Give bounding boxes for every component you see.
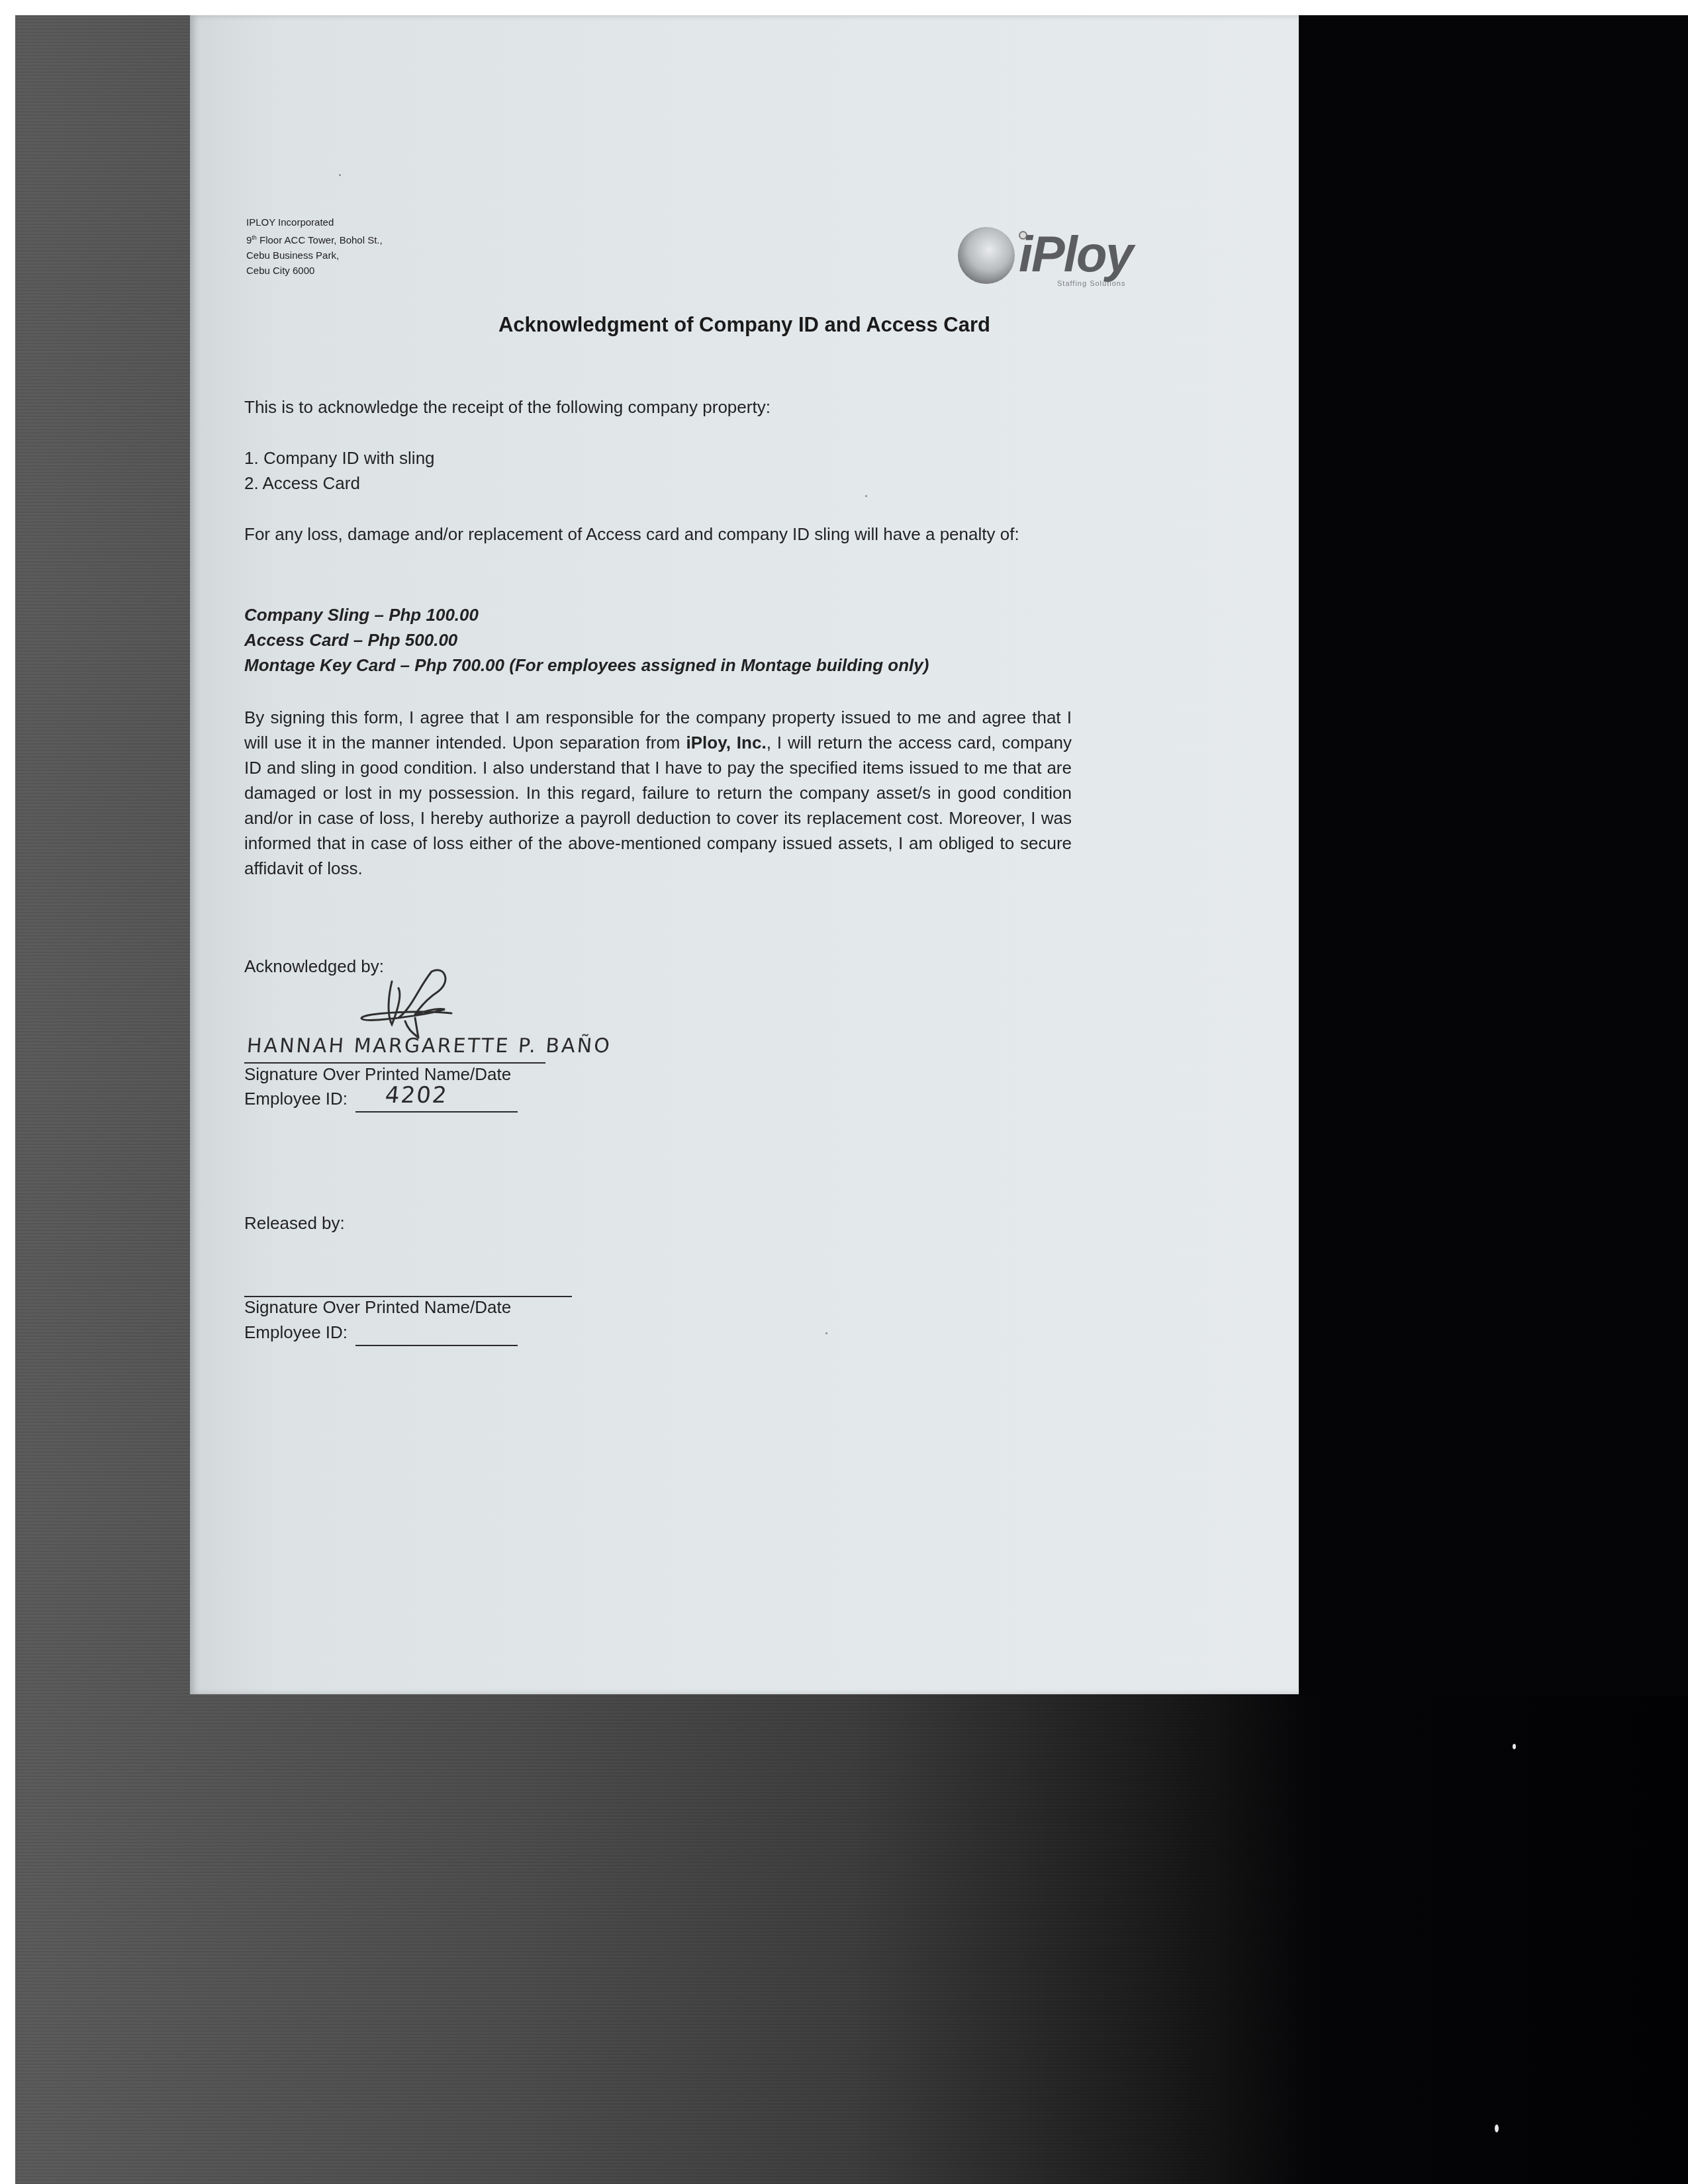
logo-wordmark: iPloy (1019, 226, 1133, 283)
list-item: 2. Access Card (244, 471, 1072, 496)
address-line: IPLOY Incorporated (246, 215, 383, 230)
employee-id-label: Employee ID: (244, 1322, 348, 1343)
address-line: 9th Floor ACC Tower, Bohol St., (246, 230, 383, 248)
penalty-paragraph: For any loss, damage and/or replacement … (244, 522, 1072, 547)
employee-id-label: Employee ID: (244, 1089, 348, 1109)
address-line: Cebu City 6000 (246, 263, 383, 279)
property-list: 1. Company ID with sling 2. Access Card (244, 445, 1072, 496)
released-by-label: Released by: (244, 1213, 345, 1234)
address-line: Cebu Business Park, (246, 248, 383, 263)
list-item: 1. Company ID with sling (244, 445, 1072, 471)
agreement-text: , I will return the access card, company… (244, 733, 1072, 878)
employee-id-line (355, 1345, 518, 1346)
scan-speck (865, 495, 867, 497)
scanner-dark-region (1299, 15, 1688, 1696)
company-name: iPloy, Inc. (686, 733, 766, 752)
company-logo: iPloy Staffing Solutions (958, 214, 1156, 296)
penalty-item: Company Sling – Php 100.00 (244, 602, 1072, 627)
handwritten-signature (352, 968, 471, 1041)
signature-caption: Signature Over Printed Name/Date (244, 1297, 511, 1318)
agreement-paragraph: By signing this form, I agree that I am … (244, 705, 1072, 881)
penalty-item: Montage Key Card – Php 700.00 (For emplo… (244, 653, 1072, 678)
signature-caption: Signature Over Printed Name/Date (244, 1064, 511, 1085)
scan-speck (825, 1332, 827, 1334)
scan-glare (1495, 2124, 1499, 2132)
scan-speck (339, 174, 341, 176)
printed-name-handwritten: HANNAH MARGARETTE P. BAÑO (246, 1034, 612, 1058)
intro-paragraph: This is to acknowledge the receipt of th… (244, 394, 1072, 420)
employee-id-line (355, 1111, 518, 1113)
penalty-item: Access Card – Php 500.00 (244, 627, 1072, 653)
employee-id-value: 4202 (384, 1082, 449, 1109)
penalty-list: Company Sling – Php 100.00 Access Card –… (244, 602, 1072, 678)
page-title: Acknowledgment of Company ID and Access … (190, 313, 1299, 337)
globe-icon (958, 227, 1015, 284)
signature-line (244, 1062, 545, 1064)
document-page: IPLOY Incorporated 9th Floor ACC Tower, … (190, 15, 1299, 1694)
scan-glare (1513, 1744, 1516, 1749)
logo-tagline: Staffing Solutions (1057, 280, 1125, 288)
sender-address: IPLOY Incorporated 9th Floor ACC Tower, … (246, 215, 383, 279)
